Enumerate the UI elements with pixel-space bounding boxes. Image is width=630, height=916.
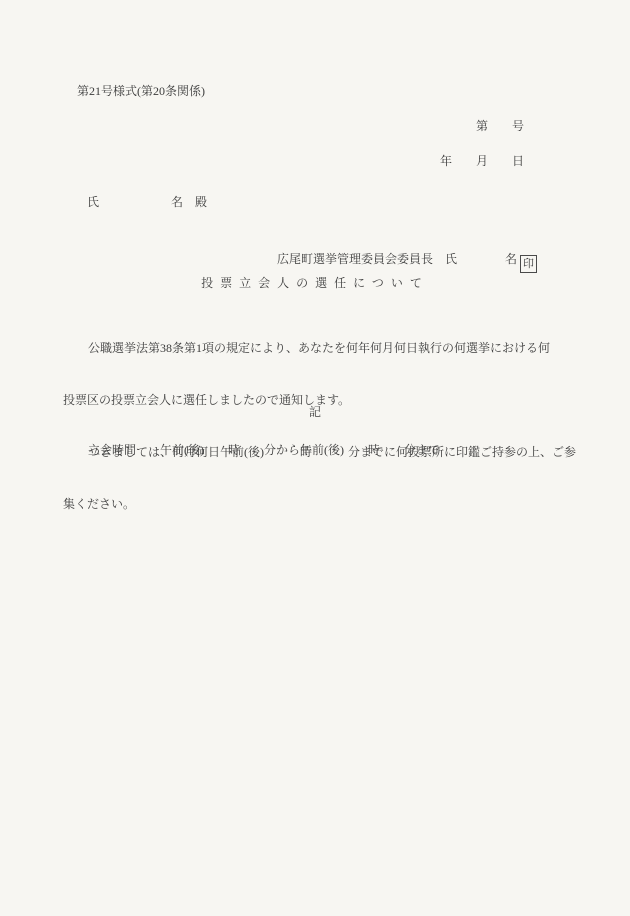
body-line-1: 公職選挙法第38条第1項の規定により、あなたを何年何月何日執行の何選挙における何 xyxy=(63,338,568,358)
sender-title-and-name: 広尾町選挙管理委員会委員長 氏 名 xyxy=(277,252,517,266)
issue-date-line: 年 月 日 xyxy=(440,153,524,169)
body-line-4: 集ください。 xyxy=(63,494,568,514)
body-text: 公職選挙法第38条第1項の規定により、あなたを何年何月何日執行の何選挙における何… xyxy=(63,306,568,546)
document-title: 投票立会人の選任について xyxy=(0,275,630,291)
addressee-line: 氏 名 殿 xyxy=(87,194,207,210)
form-number: 第21号様式(第20条関係) xyxy=(77,83,205,99)
seal-stamp-box: 印 xyxy=(520,255,537,273)
schedule-line: 立会時間 午前(後) 時 分から午前(後) 時 分まで xyxy=(88,442,440,458)
document-page: 第21号様式(第20条関係) 第 号 年 月 日 氏 名 殿 広尾町選挙管理委員… xyxy=(0,0,630,916)
issue-number-line: 第 号 xyxy=(476,118,524,134)
record-marker: 記 xyxy=(0,404,630,420)
